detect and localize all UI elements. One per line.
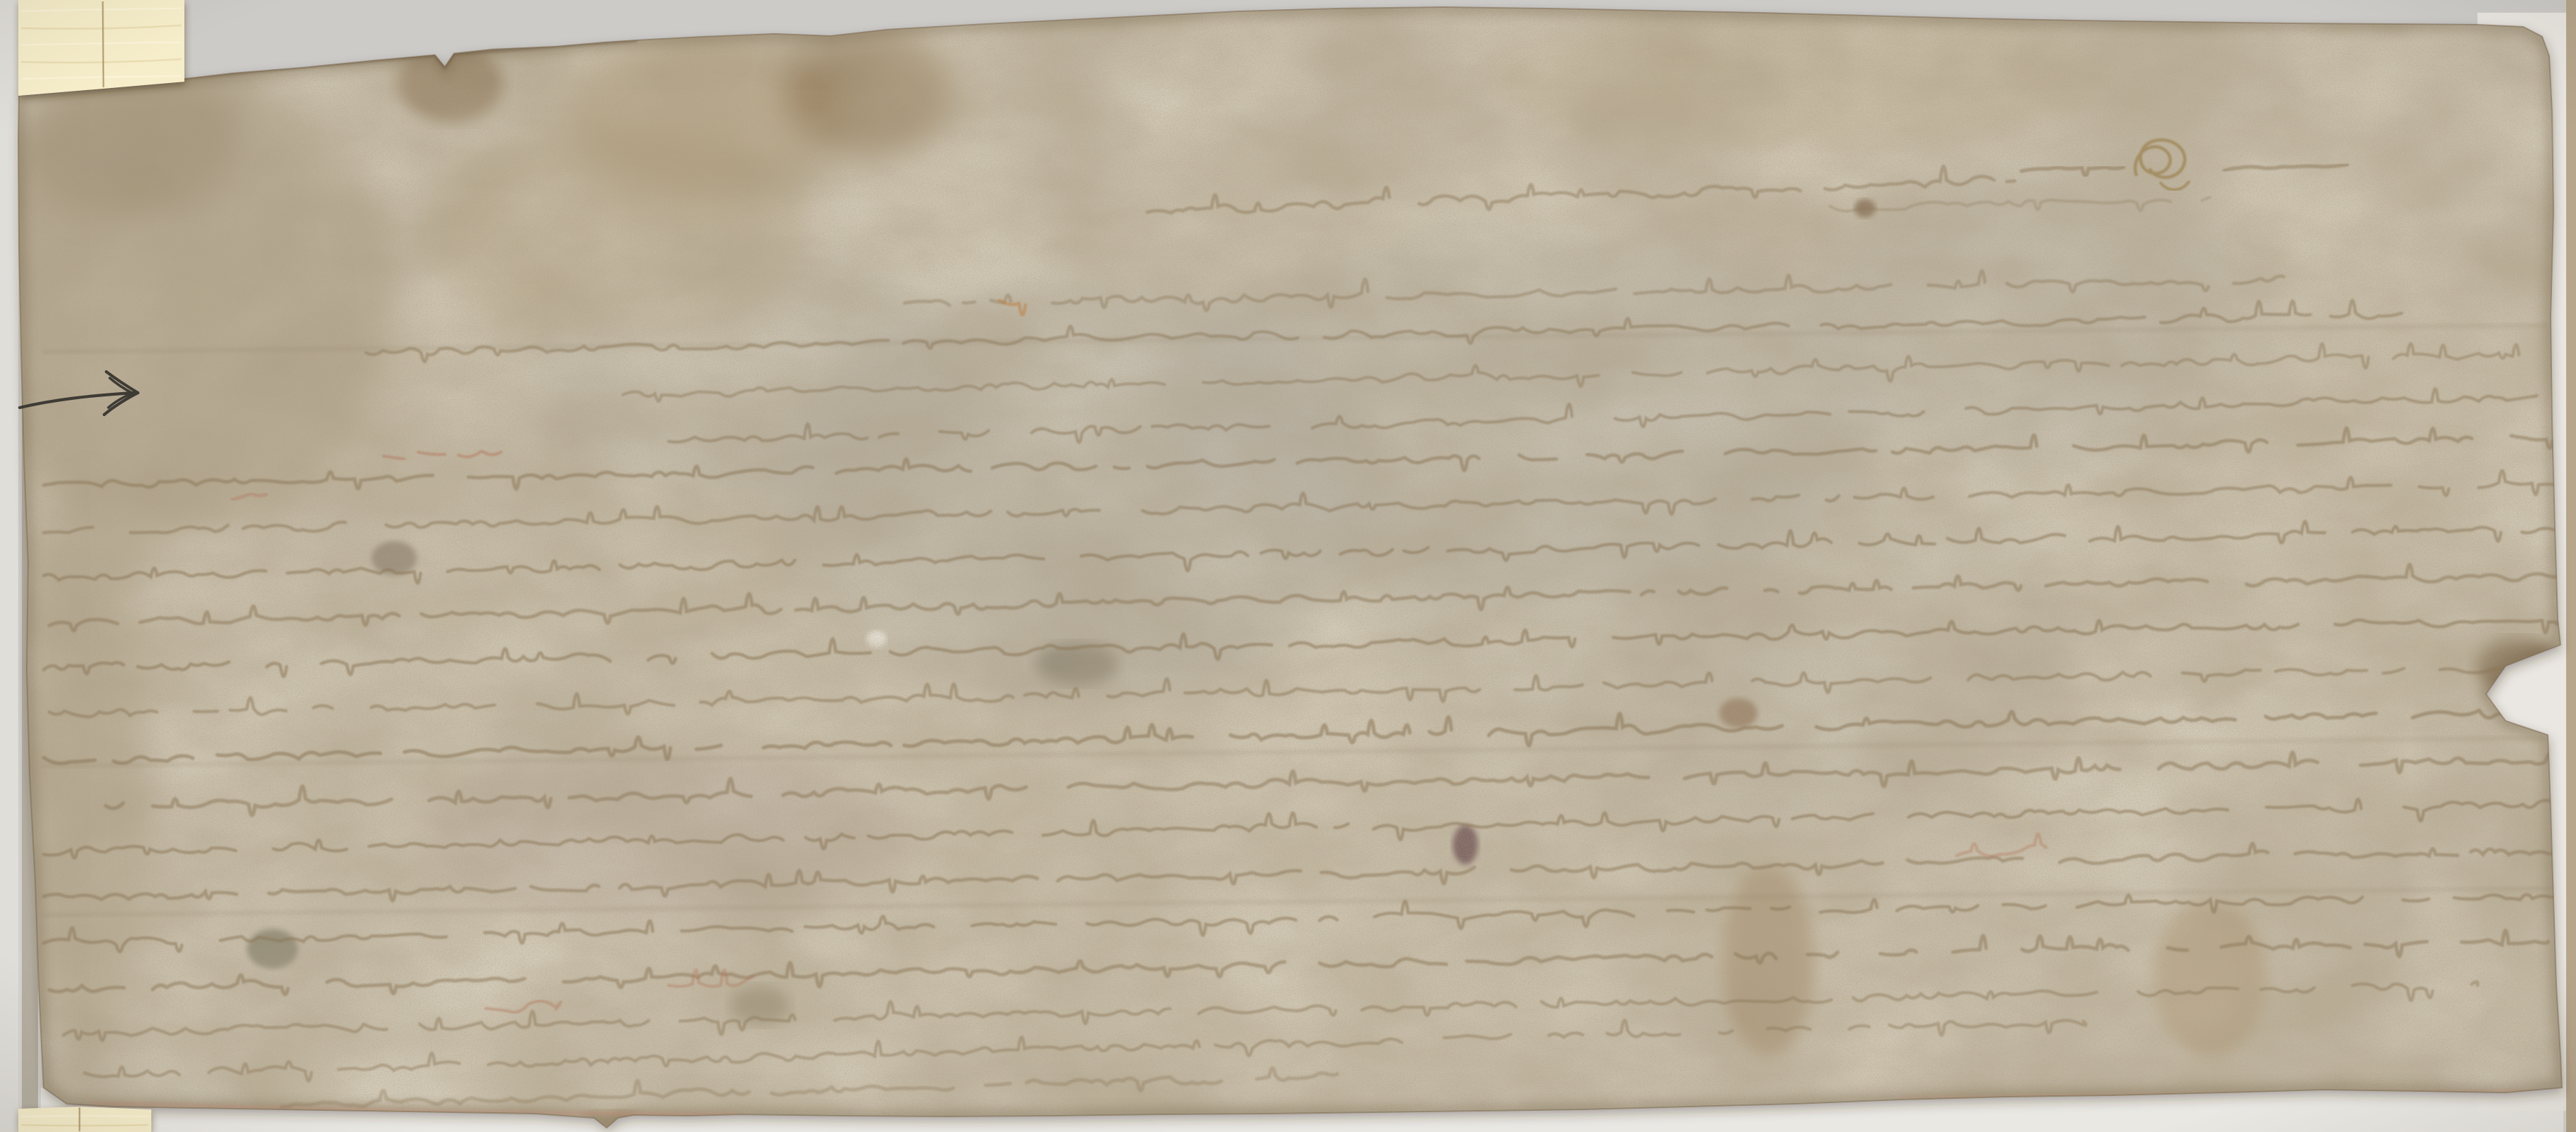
- right-page-band: [2566, 0, 2576, 1132]
- parchment-document: [0, 0, 2576, 1132]
- top-left-hinge-guard: [18, 0, 184, 96]
- photograph-of-parchment-verso: [0, 0, 2576, 1132]
- bottom-left-hinge-guard: [18, 1107, 151, 1132]
- guard-paper: [18, 1107, 151, 1132]
- guard-paper: [18, 0, 184, 96]
- guard-seam: [103, 1, 103, 87]
- parchment-surface: [0, 0, 2576, 1132]
- album-page-edge-strip: [0, 0, 18, 1132]
- guard-texture-line: [21, 1116, 149, 1117]
- photo-stage: [0, 0, 2576, 1132]
- guard-texture-line: [21, 1125, 149, 1126]
- parchment-speckle: [0, 0, 2576, 1132]
